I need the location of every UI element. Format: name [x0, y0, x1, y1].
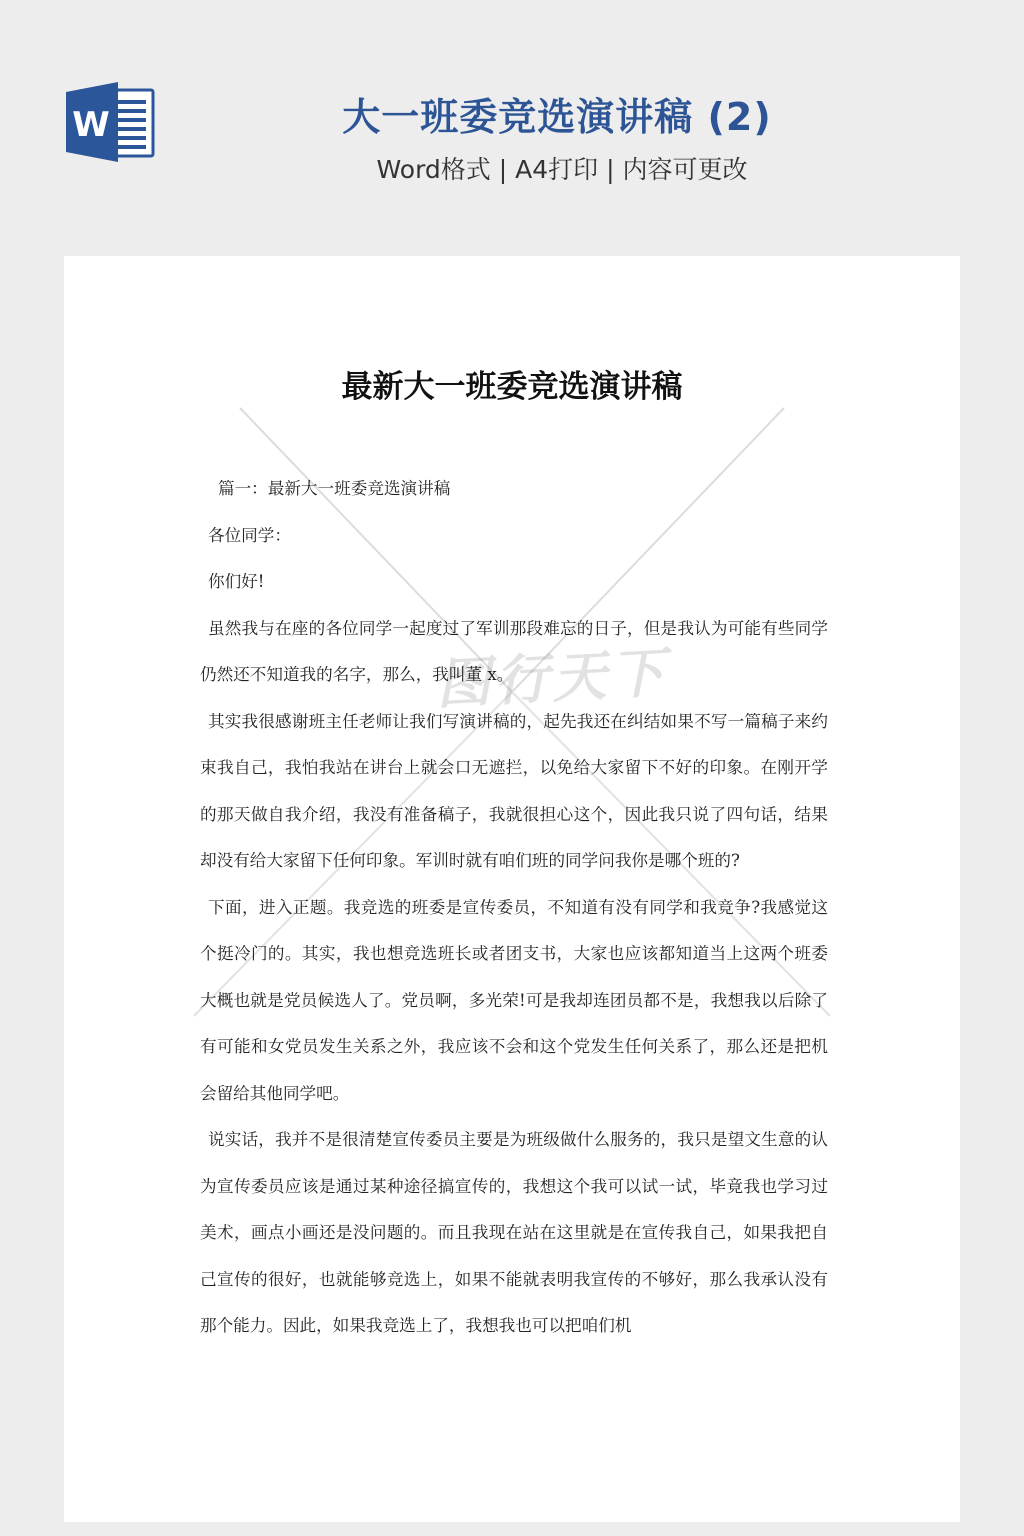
document-title: 最新大一班委竞选演讲稿 — [64, 364, 960, 410]
header-title: 大一班委竞选演讲稿 (2) — [0, 92, 1024, 142]
document-body: 篇一：最新大一班委竞选演讲稿 各位同学： 你们好! 虽然我与在座的各位同学一起度… — [200, 466, 828, 1350]
paragraph-salutation: 各位同学： — [200, 513, 828, 560]
paragraph-heading: 篇一：最新大一班委竞选演讲稿 — [200, 466, 828, 513]
paragraph: 虽然我与在座的各位同学一起度过了军训那段难忘的日子，但是我认为可能有些同学仍然还… — [200, 606, 828, 699]
document-page: 图行天下 最新大一班委竞选演讲稿 篇一：最新大一班委竞选演讲稿 各位同学： 你们… — [64, 256, 960, 1522]
paragraph-greeting: 你们好! — [200, 559, 828, 606]
header: W 大一班委竞选演讲稿 (2) Word格式 | A4打印 | 内容可更改 — [0, 0, 1024, 256]
paragraph: 说实话，我并不是很清楚宣传委员主要是为班级做什么服务的，我只是望文生意的认为宣传… — [200, 1117, 828, 1350]
header-subtitle: Word格式 | A4打印 | 内容可更改 — [0, 152, 1024, 188]
paragraph: 其实我很感谢班主任老师让我们写演讲稿的，起先我还在纠结如果不写一篇稿子来约束我自… — [200, 699, 828, 885]
paragraph: 下面，进入正题。我竞选的班委是宣传委员，不知道有没有同学和我竞争?我感觉这个挺冷… — [200, 885, 828, 1118]
